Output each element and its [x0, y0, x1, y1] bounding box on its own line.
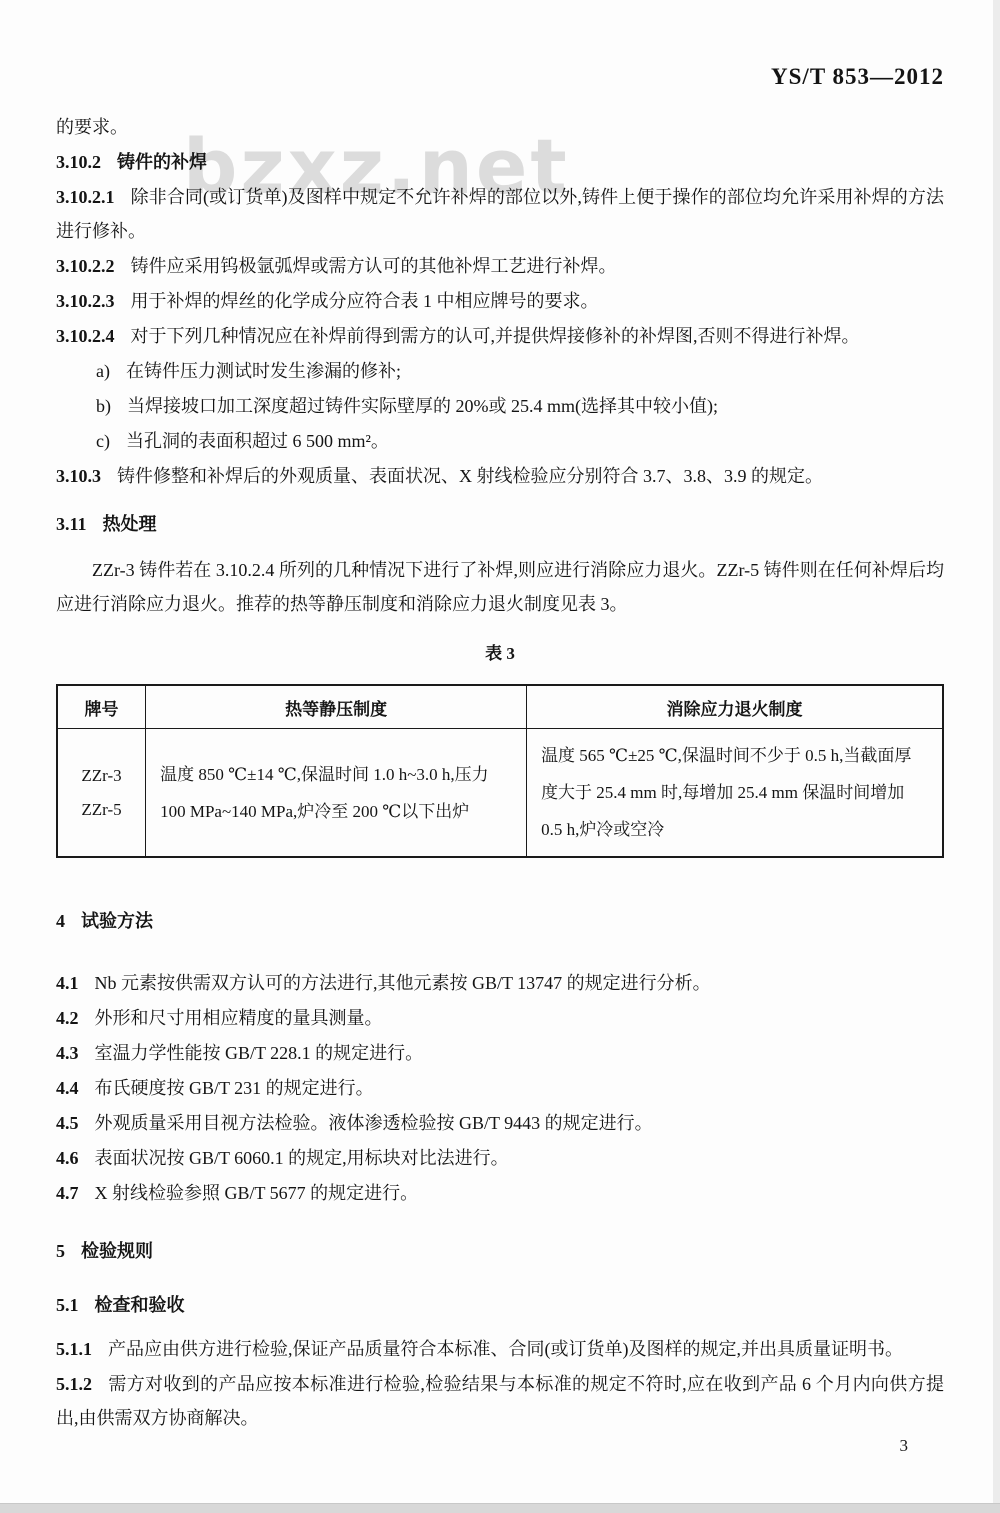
clause-number: 5.1.1	[56, 1339, 92, 1359]
clause-number: 4.6	[56, 1148, 79, 1168]
list-item-c: c)当孔洞的表面积超过 6 500 mm²。	[56, 424, 944, 458]
grade-zzr5: ZZr-5	[62, 793, 141, 827]
clause-number: 3.10.2.4	[56, 326, 115, 346]
heading-5: 5检验规则	[56, 1234, 944, 1268]
clause-3-10-2-3: 3.10.2.3用于补焊的焊丝的化学成分应符合表 1 中相应牌号的要求。	[56, 284, 944, 318]
clause-number: 5.1	[56, 1295, 79, 1315]
clause-text: 需方对收到的产品应按本标准进行检验,检验结果与本标准的规定不符时,应在收到产品 …	[56, 1374, 944, 1428]
clause-4-5: 4.5外观质量采用目视方法检验。液体渗透检验按 GB/T 9443 的规定进行。	[56, 1106, 944, 1140]
clause-text: 除非合同(或订货单)及图样中规定不允许补焊的部位以外,铸件上便于操作的部位均允许…	[56, 187, 944, 241]
clause-5-1-2: 5.1.2需方对收到的产品应按本标准进行检验,检验结果与本标准的规定不符时,应在…	[56, 1367, 944, 1435]
clause-text: X 射线检验参照 GB/T 5677 的规定进行。	[95, 1183, 419, 1203]
clause-text: 布氏硬度按 GB/T 231 的规定进行。	[95, 1078, 374, 1098]
column-header-anneal: 消除应力退火制度	[527, 685, 943, 729]
list-label: a)	[96, 361, 110, 381]
scan-edge-bottom	[0, 1503, 1000, 1513]
clause-text: 外形和尺寸用相应精度的量具测量。	[95, 1008, 383, 1028]
clause-5-1-1: 5.1.1产品应由供方进行检验,保证产品质量符合本标准、合同(或订货单)及图样的…	[56, 1332, 944, 1366]
heading-4: 4试验方法	[56, 904, 944, 938]
clause-4-2: 4.2外形和尺寸用相应精度的量具测量。	[56, 1001, 944, 1035]
list-text: 当焊接坡口加工深度超过铸件实际壁厚的 20%或 25.4 mm(选择其中较小值)…	[127, 396, 718, 416]
heading-title: 检验规则	[81, 1241, 153, 1261]
clause-number: 4.5	[56, 1113, 79, 1133]
clause-4-4: 4.4布氏硬度按 GB/T 231 的规定进行。	[56, 1071, 944, 1105]
heading-title: 检查和验收	[95, 1295, 185, 1315]
heading-title: 铸件的补焊	[117, 152, 207, 172]
table-header-row: 牌号 热等静压制度 消除应力退火制度	[57, 685, 943, 729]
clause-number: 3.10.2.1	[56, 187, 115, 207]
clause-4-6: 4.6表面状况按 GB/T 6060.1 的规定,用标块对比法进行。	[56, 1141, 944, 1175]
clause-number: 4.2	[56, 1008, 79, 1028]
list-text: 当孔洞的表面积超过 6 500 mm²。	[126, 431, 389, 451]
clause-text: 铸件应采用钨极氩弧焊或需方认可的其他补焊工艺进行补焊。	[131, 256, 617, 276]
table-3: 牌号 热等静压制度 消除应力退火制度 ZZr-3 ZZr-5 温度 850 ℃±…	[56, 684, 944, 858]
section-number: 5	[56, 1241, 65, 1261]
cell-grades: ZZr-3 ZZr-5	[57, 729, 146, 858]
heading-title: 热处理	[103, 514, 157, 534]
list-item-b: b)当焊接坡口加工深度超过铸件实际壁厚的 20%或 25.4 mm(选择其中较小…	[56, 389, 944, 423]
table-caption: 表 3	[56, 637, 944, 671]
standard-number: YS/T 853—2012	[56, 64, 944, 90]
cell-hip: 温度 850 ℃±14 ℃,保温时间 1.0 h~3.0 h,压力 100 MP…	[146, 729, 527, 858]
clause-3-10-3: 3.10.3铸件修整和补焊后的外观质量、表面状况、X 射线检验应分别符合 3.7…	[56, 459, 944, 493]
column-header-hip: 热等静压制度	[146, 685, 527, 729]
clause-text: 外观质量采用目视方法检验。液体渗透检验按 GB/T 9443 的规定进行。	[95, 1113, 653, 1133]
section-number: 4	[56, 911, 65, 931]
heading-3-11: 3.11热处理	[56, 507, 944, 541]
list-text: 在铸件压力测试时发生渗漏的修补;	[126, 361, 401, 381]
list-label: b)	[96, 396, 111, 416]
heading-5-1: 5.1检查和验收	[56, 1288, 944, 1322]
clause-4-3: 4.3室温力学性能按 GB/T 228.1 的规定进行。	[56, 1036, 944, 1070]
heading-3-10-2: 3.10.2铸件的补焊	[56, 145, 944, 179]
document-page: bzxz.net YS/T 853—2012 的要求。 3.10.2铸件的补焊 …	[0, 0, 1000, 1513]
page-number: 3	[900, 1436, 909, 1456]
clause-3-10-2-2: 3.10.2.2铸件应采用钨极氩弧焊或需方认可的其他补焊工艺进行补焊。	[56, 249, 944, 283]
clause-number: 4.3	[56, 1043, 79, 1063]
clause-number: 4.4	[56, 1078, 79, 1098]
clause-number: 3.10.2.3	[56, 291, 115, 311]
list-item-a: a)在铸件压力测试时发生渗漏的修补;	[56, 354, 944, 388]
clause-text: 产品应由供方进行检验,保证产品质量符合本标准、合同(或订货单)及图样的规定,并出…	[108, 1339, 903, 1359]
clause-number: 3.11	[56, 514, 87, 534]
paragraph-3-11: ZZr-3 铸件若在 3.10.2.4 所列的几种情况下进行了补焊,则应进行消除…	[56, 553, 944, 621]
clause-text: 室温力学性能按 GB/T 228.1 的规定进行。	[95, 1043, 424, 1063]
heading-title: 试验方法	[81, 911, 153, 931]
clause-number: 4.1	[56, 973, 79, 993]
list-label: c)	[96, 431, 110, 451]
clause-text: 表面状况按 GB/T 6060.1 的规定,用标块对比法进行。	[95, 1148, 509, 1168]
clause-text: 用于补焊的焊丝的化学成分应符合表 1 中相应牌号的要求。	[131, 291, 599, 311]
clause-number: 3.10.2.2	[56, 256, 115, 276]
clause-text: 对于下列几种情况应在补焊前得到需方的认可,并提供焊接修补的补焊图,否则不得进行补…	[131, 326, 860, 346]
page-content: YS/T 853—2012 的要求。 3.10.2铸件的补焊 3.10.2.1除…	[0, 0, 1000, 1435]
cell-anneal: 温度 565 ℃±25 ℃,保温时间不少于 0.5 h,当截面厚度大于 25.4…	[527, 729, 943, 858]
clause-text: Nb 元素按供需双方认可的方法进行,其他元素按 GB/T 13747 的规定进行…	[95, 973, 711, 993]
grade-zzr3: ZZr-3	[62, 759, 141, 793]
clause-3-10-2-4: 3.10.2.4对于下列几种情况应在补焊前得到需方的认可,并提供焊接修补的补焊图…	[56, 319, 944, 353]
clause-4-1: 4.1Nb 元素按供需双方认可的方法进行,其他元素按 GB/T 13747 的规…	[56, 966, 944, 1000]
clause-number: 3.10.3	[56, 466, 101, 486]
clause-4-7: 4.7X 射线检验参照 GB/T 5677 的规定进行。	[56, 1176, 944, 1210]
column-header-grade: 牌号	[57, 685, 146, 729]
table-row: ZZr-3 ZZr-5 温度 850 ℃±14 ℃,保温时间 1.0 h~3.0…	[57, 729, 943, 858]
clause-number: 5.1.2	[56, 1374, 92, 1394]
clause-text: 铸件修整和补焊后的外观质量、表面状况、X 射线检验应分别符合 3.7、3.8、3…	[117, 466, 823, 486]
paragraph-continued: 的要求。	[56, 110, 944, 144]
clause-number: 3.10.2	[56, 152, 101, 172]
clause-3-10-2-1: 3.10.2.1除非合同(或订货单)及图样中规定不允许补焊的部位以外,铸件上便于…	[56, 180, 944, 248]
clause-number: 4.7	[56, 1183, 79, 1203]
